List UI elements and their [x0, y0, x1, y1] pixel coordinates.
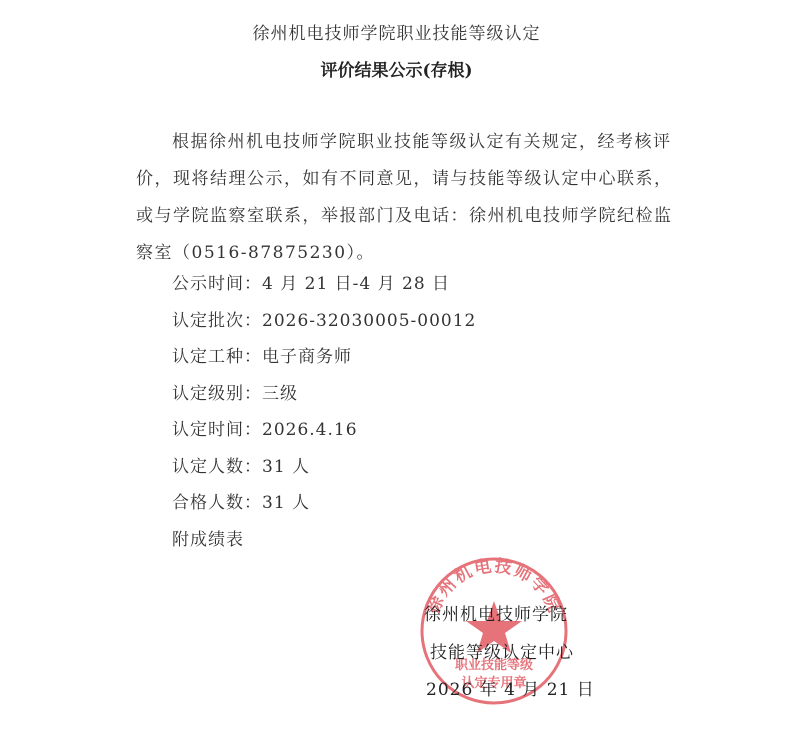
field-value: 电子商务师	[262, 347, 352, 367]
paragraph-line: 或与学院监察室联系，举报部门及电话：徐州机电技师学院纪检监	[136, 198, 672, 235]
field-label: 认定人数：	[172, 457, 262, 477]
field-label: 合格人数：	[172, 493, 262, 513]
field-level: 认定级别：三级	[172, 382, 476, 419]
field-label: 认定时间：	[172, 420, 262, 440]
field-label: 认定级别：	[172, 384, 262, 404]
document-title: 徐州机电技师学院职业技能等级认定	[0, 19, 793, 44]
field-publicity-time: 公示时间：4 月 21 日-4 月 28 日	[172, 272, 476, 309]
paragraph-line: 察室（0516-87875230）。	[136, 235, 672, 272]
field-assessment-date: 认定时间：2026.4.16	[172, 418, 476, 455]
field-label: 公示时间：	[172, 274, 262, 294]
field-value: 三级	[262, 384, 298, 404]
signature-date: 2026 年 4 月 21 日	[426, 675, 595, 700]
field-value: 2026.4.16	[262, 420, 358, 440]
field-value: 2026-32030005-00012	[262, 311, 476, 331]
signature-org-line2: 技能等级认定中心	[430, 638, 574, 663]
field-batch: 认定批次：2026-32030005-00012	[172, 309, 476, 346]
field-candidates: 认定人数：31 人	[172, 455, 476, 492]
field-label: 认定工种：	[172, 347, 262, 367]
field-passed: 合格人数：31 人	[172, 491, 476, 528]
field-value: 31 人	[262, 457, 310, 477]
signature-org-line1: 徐州机电技师学院	[424, 600, 568, 625]
document-subtitle: 评价结果公示(存根)	[0, 56, 793, 81]
field-label: 认定批次：	[172, 311, 262, 331]
paragraph-line: 根据徐州机电技师学院职业技能等级认定有关规定，经考核评	[172, 124, 672, 161]
field-value: 4 月 21 日-4 月 28 日	[262, 274, 450, 294]
field-value: 31 人	[262, 493, 310, 513]
paragraph-line: 价，现将结理公示，如有不同意见，请与技能等级认定中心联系，	[136, 161, 672, 198]
field-occupation: 认定工种：电子商务师	[172, 345, 476, 382]
info-fields: 公示时间：4 月 21 日-4 月 28 日 认定批次：2026-3203000…	[172, 272, 476, 564]
notice-paragraph: 根据徐州机电技师学院职业技能等级认定有关规定，经考核评 价，现将结理公示，如有不…	[172, 124, 672, 272]
